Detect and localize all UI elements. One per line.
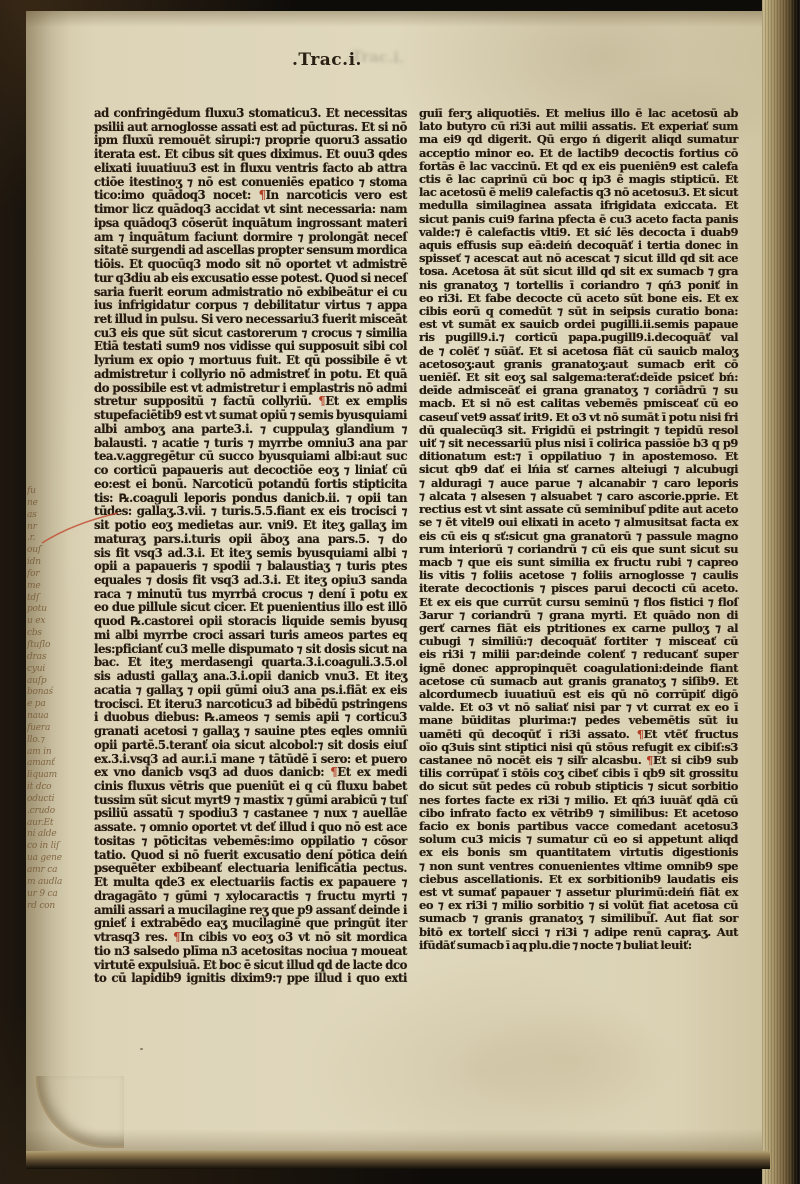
ink-speck xyxy=(659,297,662,300)
text-line: psilii aut arnoglosse assati est ad pūct… xyxy=(94,121,407,135)
marginalia-fragment: u ex xyxy=(27,616,64,628)
rubric-pilcrow: ¶ xyxy=(637,727,644,741)
text-line: ex eis bonis sm quantitatem virtutis dig… xyxy=(419,846,738,859)
text-line: amili assari a mucilagine reʒ que p9 ass… xyxy=(94,904,407,918)
text-line: cibo infrato facto ex vētrib9 ⁊ similibu… xyxy=(419,807,738,820)
text-line: elixati iuuatiuu3 est in fluxu ventris f… xyxy=(94,162,407,176)
marginalia-fragment: m audla xyxy=(27,877,64,889)
text-line: eo:est ei bonū. Narcoticū potandū fortis… xyxy=(94,478,407,492)
marginalia-fragment: potu xyxy=(27,604,64,616)
text-line: stupefaciētib9 est vt sumat opiū ⁊ semis… xyxy=(94,409,407,423)
text-line: stretur suppositū ⁊ factū collyriū. ¶Et … xyxy=(94,395,407,409)
rubric-pilcrow: ¶ xyxy=(173,930,180,944)
text-line: ius infrigidatur corpus ⁊ debilitatur vi… xyxy=(94,299,407,313)
text-line: se ⁊ ēt vitel9 oui elixati in aceto ⁊ al… xyxy=(419,516,738,529)
text-line: eis ri3i ⁊ milii par:deinde colenť ⁊ red… xyxy=(419,648,738,661)
fore-edge-page-stack xyxy=(762,0,800,1184)
text-column-right: guiī ferʒ aliquotiēs. Et melius illo ē l… xyxy=(419,107,738,952)
marginalia-fragment: llo.⁊ xyxy=(27,735,64,747)
text-line: psequēter exbibeanť electuaria lenificāt… xyxy=(94,862,407,876)
text-line: ex.3.i.vsq3 ad aur.i.ī mane ⁊ tātūdē ī s… xyxy=(94,753,407,767)
bottom-page-edges xyxy=(26,1151,770,1169)
marginalia-fragment: it dco xyxy=(27,782,64,794)
text-line: acatia ⁊ gallaʒ ⁊ opii gūmi oiu3 ana ps.… xyxy=(94,684,407,698)
text-line: timor licz quādoq3 accidat vt sint neces… xyxy=(94,203,407,217)
text-line: sis adusti gallaʒ ana.3.i.opii danicb vn… xyxy=(94,670,407,684)
marginalia-fragment: e pa xyxy=(27,699,64,711)
text-line: tūdes: gallaʒ.3.vii. ⁊ turis.5.5.fiant e… xyxy=(94,505,407,519)
ink-speck xyxy=(140,1048,143,1050)
text-line: de ⁊ colēť ⁊ sūāť. Et si acetosa fiāt cū… xyxy=(419,345,738,358)
marginalia-fragment: ni alde xyxy=(27,829,64,841)
text-line: acetose cū sumacb aut granis granatoʒ ⁊ … xyxy=(419,675,738,688)
text-line: ad confringēdum fluxu3 stomaticu3. Et ne… xyxy=(94,107,407,121)
text-line: admistretur i collyrio nō admistreť in p… xyxy=(94,368,407,382)
text-line: eis cū eis q sť:sicut gna granatorū ⁊ pa… xyxy=(419,530,738,543)
running-header: .Trac.i. xyxy=(292,50,362,70)
text-line: ⁊ non sunt ventres conuenientes vltime o… xyxy=(419,860,738,873)
text-line: psiliū assatū ⁊ spodiu3 ⁊ castanee ⁊ nux… xyxy=(94,807,407,821)
text-line: 3arur ⁊ coriandrū ⁊ grana myrti. Et quād… xyxy=(419,609,738,622)
text-line: i duobus diebus: ℞.ameos ⁊ semis apii ⁊ … xyxy=(94,711,407,725)
text-line: albi amboʒ ana parte3.i. ⁊ cuppulaʒ glan… xyxy=(94,423,407,437)
text-line: tur q3diu ab eis excusatio esse potest. … xyxy=(94,272,407,286)
text-line: dragagāto ⁊ gūmi ⁊ xylocaractis ⁊ fructu… xyxy=(94,890,407,904)
marginalia-fragment: co in liſ xyxy=(27,841,64,853)
text-line: tea.v.aggregētur cū succo byusquiami alb… xyxy=(94,450,407,464)
marginalia-fragment: aur.Et xyxy=(27,818,64,830)
text-line: quod ℞.castorei opii storacis liquide se… xyxy=(94,615,407,629)
text-line: am ⁊ inquātum faciunt dormire ⁊ prolongā… xyxy=(94,231,407,245)
text-line: tositas ⁊ pōticitas vebemēs:imo oppilati… xyxy=(94,835,407,849)
marginalia-fragment: for xyxy=(27,569,64,581)
text-line: vtrasq3 res. ¶In cibis vo eoʒ o3 vt nō s… xyxy=(94,931,407,945)
text-line: acceptio minor eo. Et de lactib9 decocti… xyxy=(419,147,738,160)
text-line: sicut panis cui9 farina pfecta ē cu3 ace… xyxy=(419,213,738,226)
rubric-pilcrow: ¶ xyxy=(646,753,653,767)
text-line: sitatē surgendi ad ascellas propter sens… xyxy=(94,244,407,258)
text-line: ris pugill9.i.⁊ corticū papa.pugill9.i.d… xyxy=(419,331,738,344)
text-line: opii partē.5.teranť oia sicut alcobol:⁊ … xyxy=(94,739,407,753)
marginalia-fragment: ſtuſlo xyxy=(27,640,64,652)
text-line: cinis fluxus vētris que pueniūt ei q cū … xyxy=(94,780,407,794)
marginalia-fragment: me xyxy=(27,581,64,593)
text-line: nes fortes facte ex ri3i ⁊ milio. Et qń3… xyxy=(419,794,738,807)
text-line: tiōis. Et quocūq3 modo sit nō oportet vt… xyxy=(94,258,407,272)
text-line: saria fuerit eorum admistratio nō exbibe… xyxy=(94,286,407,300)
marginalia-fragment: tdſ xyxy=(27,593,64,605)
text-line: Et multa qde3 ex electuariis factis ex p… xyxy=(94,876,407,890)
text-line: ma ei9 qd digerit. Qū ergo ń digerit ali… xyxy=(419,133,738,146)
rubric-pilcrow: ¶ xyxy=(318,394,325,408)
marginalia-fragment: bonaś xyxy=(27,687,64,699)
marginalia-fragment: cyui xyxy=(27,664,64,676)
text-line: iterata est. Et cibus sit ques diximus. … xyxy=(94,148,407,162)
marginalia-fragment: oducti xyxy=(27,794,64,806)
ink-speck xyxy=(597,737,599,739)
text-line: ifūdāť sumacb ī aq plu.die ⁊ nocte ⁊ bul… xyxy=(419,939,738,952)
text-line: balausti. ⁊ acatie ⁊ turis ⁊ myrrbe omni… xyxy=(94,437,407,451)
text-line: virtutē expulsiuā. Et boc ē sicut illud … xyxy=(94,959,407,973)
text-line: gnieť i extrabēdo eaʒ mucilaginē que pri… xyxy=(94,917,407,931)
marginalia-fragment: cbs xyxy=(27,628,64,640)
text-line: cu3 eis que sūt sicut castorerum ⁊ crocu… xyxy=(94,327,407,341)
text-line: granati acetosi ⁊ gallaʒ ⁊ sauine ptes e… xyxy=(94,725,407,739)
text-line: tatio. Quod si nō fuerit excusatio dení … xyxy=(94,849,407,863)
text-line: ctiōe itestinoʒ ⁊ nō est conueniēs epati… xyxy=(94,176,407,190)
text-line: raca ⁊ minutū tus myrrba crocus ⁊ dení ī… xyxy=(94,588,407,602)
text-line: tico:imo quādoq3 nocet: ¶In narcoticis v… xyxy=(94,189,407,203)
text-line: to cū lapidib9 ignitis dixim9:⁊ ppe illu… xyxy=(94,972,407,986)
text-line: Etiā testati sum9 nos vidisse qui suppos… xyxy=(94,340,407,354)
text-line: rum interiorū ⁊ coriandrū ⁊ cū eis que s… xyxy=(419,543,738,556)
text-line: ipm fluxū remouēt sirupi:⁊ proprie quoru… xyxy=(94,134,407,148)
text-line: mane būiditas plurima:⁊ pedes vebemētis … xyxy=(419,714,738,727)
text-line: do sicut sūt pedes cū robub stipticis ⁊ … xyxy=(419,780,738,793)
text-line: les:pficianť cu3 melle dispumato ⁊ sit d… xyxy=(94,643,407,657)
text-line: Et ex eis que currūt cursu seminū ⁊ flos… xyxy=(419,596,738,609)
text-line: tosa. Acetosa āt sūt sicut illd qd sit e… xyxy=(419,265,738,278)
text-line: sit potio eoʒ medietas aur. vni9. Et ite… xyxy=(94,519,407,533)
marginalia-fragment: rd con xyxy=(27,901,64,913)
text-line: do possibile est vt admistretur i emplas… xyxy=(94,382,407,396)
paper-stain xyxy=(456,1001,686,1121)
text-line: tio n3 salsedo plīma n3 acetositas nociu… xyxy=(94,945,407,959)
text-line: sumacb ⁊ granis granatoʒ ⁊ similibuſ. Au… xyxy=(419,912,738,925)
text-line: maturaʒ pars.i.turis opii āboʒ ana pars.… xyxy=(94,533,407,547)
text-line: macb. Et si nō est calitas vebemēs pmisc… xyxy=(419,397,738,410)
marginalia-fragment: dras xyxy=(27,652,64,664)
text-line: uamēti qū decoqūť ī ri3i assato. ¶Et vtē… xyxy=(419,728,738,741)
text-line: tis: ℞.coaguli leporis pondus danicb.ii.… xyxy=(94,492,407,506)
text-column-left: ad confringēdum fluxu3 stomaticu3. Et ne… xyxy=(94,107,407,986)
text-line: sicut qb9 dať ei lńia sť carnes alteiugi… xyxy=(419,463,738,476)
marginalia-fragment: amr ca xyxy=(27,865,64,877)
marginalia-fragment: ur 9 ca xyxy=(27,889,64,901)
red-pen-mark xyxy=(40,503,120,549)
text-line: ret illud in pulsu. Si vero necessariu3 … xyxy=(94,313,407,327)
text-line: ex vno danicb vsq3 ad duos danicb: ¶Et e… xyxy=(94,766,407,780)
text-line: equales ⁊ dosis fit vsq3 ad.3.i. Et iteʒ… xyxy=(94,574,407,588)
marginalia-fragment: am in xyxy=(27,747,64,759)
marginalia-fragment: fu xyxy=(27,486,64,498)
marginalia-fragment: idn xyxy=(27,557,64,569)
text-line: assate. ⁊ omnio oportet vt deť illud i q… xyxy=(94,821,407,835)
text-line: bitō ex tortelſ sicci ⁊ ri3i ⁊ adipe ren… xyxy=(419,926,738,939)
marginalia-fragment: auſp xyxy=(27,676,64,688)
marginalia-fragment: naua xyxy=(27,711,64,723)
marginalia-fragment: ua gene xyxy=(27,853,64,865)
text-line: iterate decoctionis ⁊ pisces parui decoc… xyxy=(419,582,738,595)
ink-speck xyxy=(252,588,255,591)
rubric-pilcrow: ¶ xyxy=(259,188,266,202)
text-line: trocisci. Et iteru3 narcoticu3 ad bibēdū… xyxy=(94,698,407,712)
text-line: ciebus ascellationis. Et ex sorbitionib9… xyxy=(419,873,738,886)
text-line: ipsa quādoq3 cōserūt inquātum ingrossant… xyxy=(94,217,407,231)
text-line: tussim sūt sicut myrt9 ⁊ mastix ⁊ gūmi a… xyxy=(94,794,407,808)
text-line: sis fit vsq3 ad.3.i. Et iteʒ semis byusq… xyxy=(94,547,407,561)
text-line: eo due pillule sicut cicer. Et puenienti… xyxy=(94,601,407,615)
text-line: medulla similaginea assata ifrigidata ex… xyxy=(419,199,738,212)
handwritten-marginalia: funeasnr.r.ouſidnformetdſpotuu excbsſtuſ… xyxy=(27,486,64,912)
ink-speck xyxy=(647,911,651,914)
text-line: opii a papaueris ⁊ spodii ⁊ balaustiaʒ ⁊… xyxy=(94,560,407,574)
text-line: co corticū papaueris aut decoctiōe eoʒ ⁊… xyxy=(94,464,407,478)
text-line: ⁊ alduragi ⁊ auce parue ⁊ alcanabir ⁊ ca… xyxy=(419,477,738,490)
text-line: nis granatoʒ ⁊ tortellis ī coriandro ⁊ q… xyxy=(419,279,738,292)
ink-speck xyxy=(700,601,702,603)
marginalia-fragment: .crudo xyxy=(27,806,64,818)
text-line: oīo q3uis sint stiptici nisi qū stōus re… xyxy=(419,741,738,754)
marginalia-fragment: amanť xyxy=(27,758,64,770)
text-line: bac. Et iteʒ merdasengi quarta.3.i.coagu… xyxy=(94,656,407,670)
text-line: ignē donec appropinquēt coagulationi:dei… xyxy=(419,662,738,675)
text-line: caseuſ vet9 assať irit9. Et o3 vt nō sum… xyxy=(419,411,738,424)
marginalia-fragment: liquam xyxy=(27,770,64,782)
text-line: mi albi myrrbe croci assari turis ameos … xyxy=(94,629,407,643)
marginalia-fragment: fuera xyxy=(27,723,64,735)
rubric-pilcrow: ¶ xyxy=(330,765,337,779)
text-line: lyrium ex opio ⁊ mortuus fuit. Et qū pos… xyxy=(94,354,407,368)
